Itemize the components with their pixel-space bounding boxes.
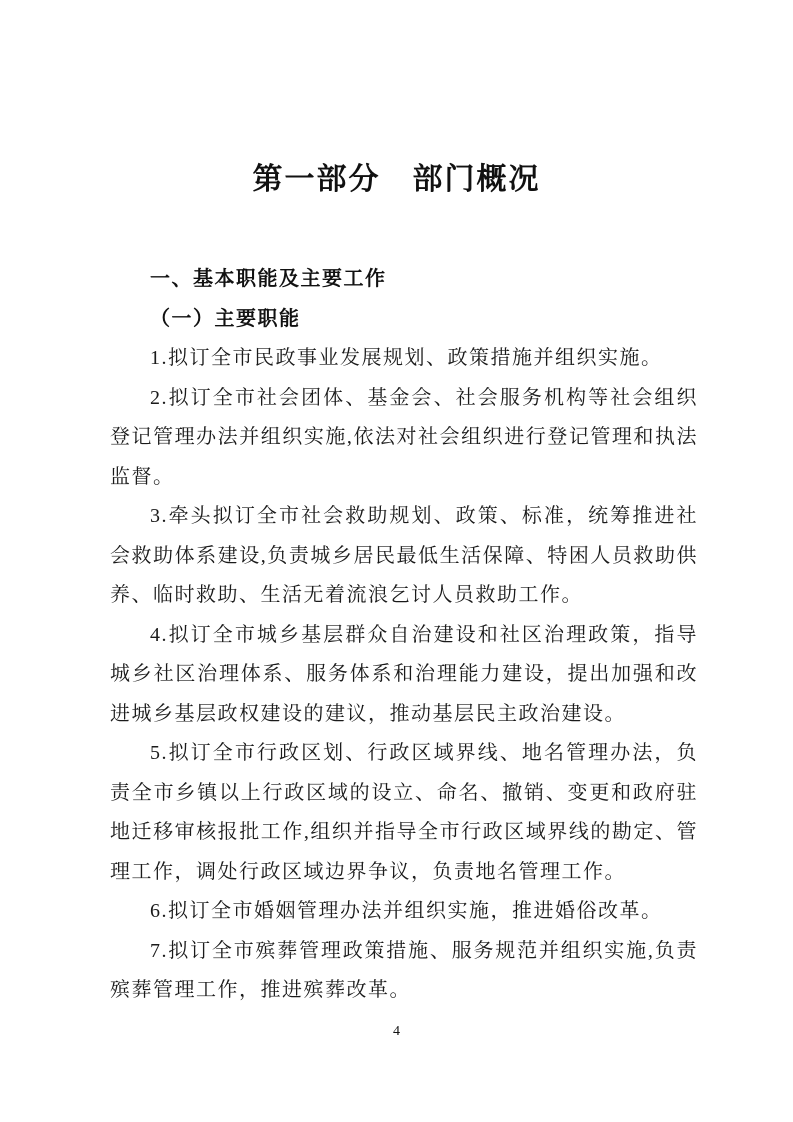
document-title: 第一部分 部门概况 xyxy=(0,160,793,200)
subsection-heading: （一）主要职能 xyxy=(110,300,698,340)
document-page: 第一部分 部门概况 一、基本职能及主要工作 （一）主要职能 1.拟订全市民政事业… xyxy=(0,0,793,1122)
paragraph-duty-3: 3.牵头拟订全市社会救助规划、政策、标准，统筹推进社会救助体系建设,负责城乡居民… xyxy=(110,497,698,616)
paragraph-duty-5: 5.拟订全市行政区划、行政区域界线、地名管理办法，负责全市乡镇以上行政区域的设立… xyxy=(110,734,698,892)
paragraph-duty-7: 7.拟订全市殡葬管理政策措施、服务规范并组织实施,负责殡葬管理工作，推进殡葬改革… xyxy=(110,932,698,1011)
document-body: 一、基本职能及主要工作 （一）主要职能 1.拟订全市民政事业发展规划、政策措施并… xyxy=(110,260,698,1011)
paragraph-duty-4: 4.拟订全市城乡基层群众自治建设和社区治理政策，指导城乡社区治理体系、服务体系和… xyxy=(110,616,698,735)
paragraph-duty-1: 1.拟订全市民政事业发展规划、政策措施并组织实施。 xyxy=(110,339,698,379)
paragraph-duty-2: 2.拟订全市社会团体、基金会、社会服务机构等社会组织登记管理办法并组织实施,依法… xyxy=(110,379,698,498)
paragraph-duty-6: 6.拟订全市婚姻管理办法并组织实施，推进婚俗改革。 xyxy=(110,892,698,932)
page-number: 4 xyxy=(0,1024,793,1040)
section-heading: 一、基本职能及主要工作 xyxy=(110,260,698,300)
